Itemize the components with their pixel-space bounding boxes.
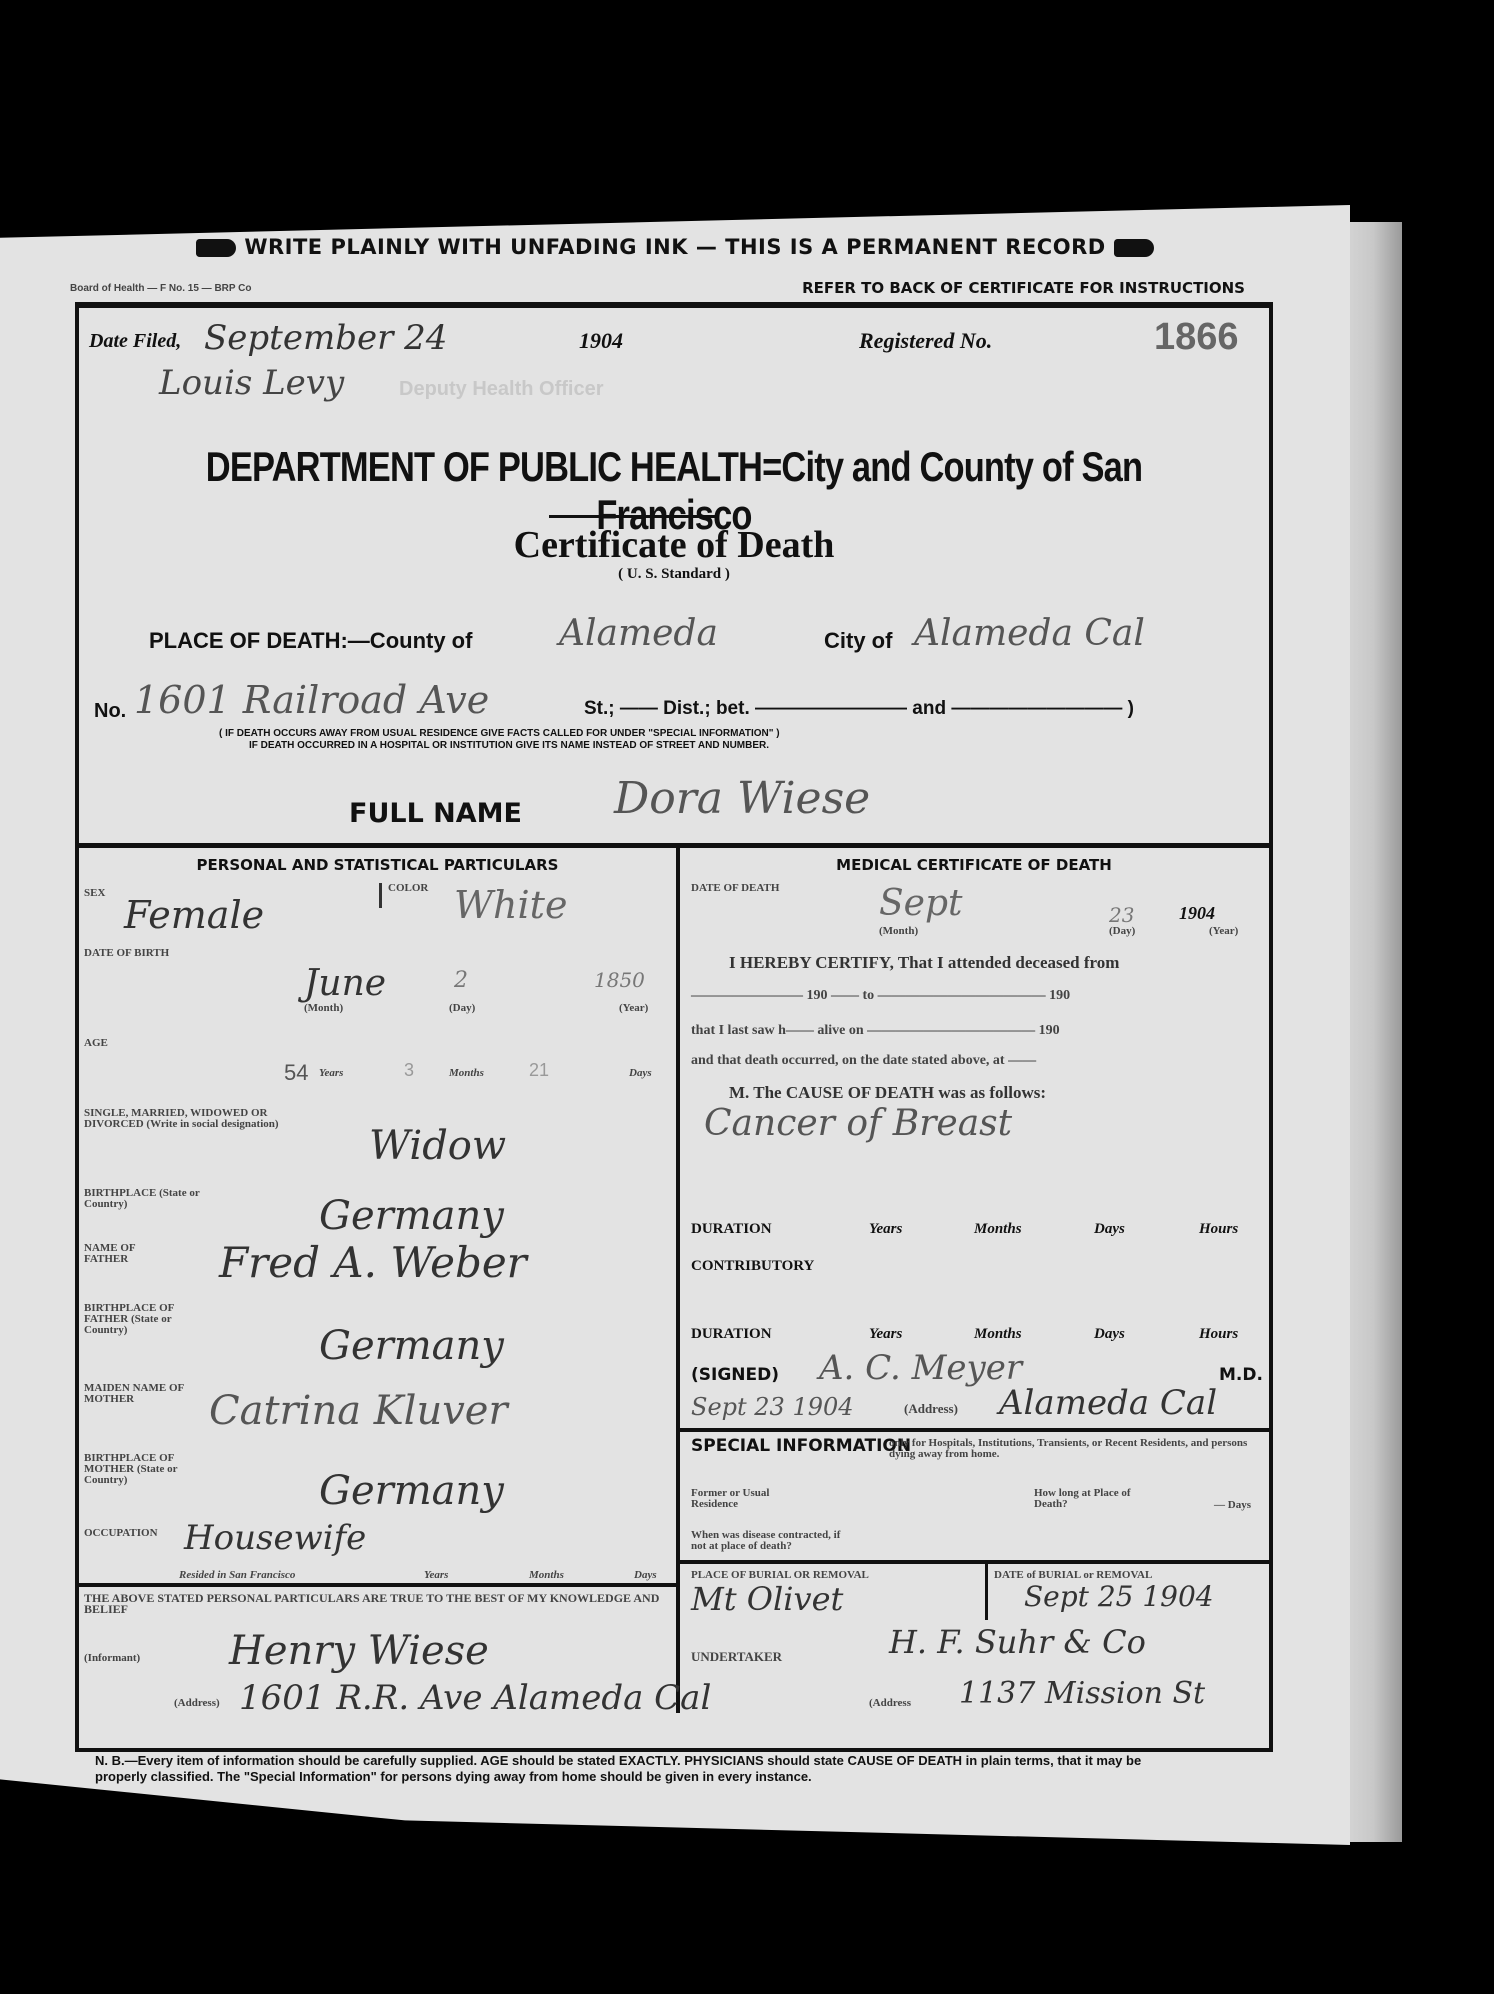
dod-month: Sept [879,883,962,924]
cause-label: M. The CAUSE OF DEATH was as follows: [729,1083,1046,1103]
attest-statement: THE ABOVE STATED PERSONAL PARTICULARS AR… [84,1593,669,1615]
certificate-title: Certificate of Death [79,523,1269,567]
pointing-hand-icon [1114,239,1154,257]
informant-label: (Informant) [84,1653,140,1664]
marital-value: Widow [369,1123,506,1169]
birthplace-label: BIRTHPLACE (State or Country) [84,1188,204,1210]
personal-heading: PERSONAL AND STATISTICAL PARTICULARS [79,856,676,874]
date-filed-year: 1904 [579,328,623,354]
registered-number: 1866 [1154,316,1239,359]
city-label: City of [824,628,892,654]
street-district-label: St.; —— Dist.; bet. ———————— and ———————… [584,698,1134,720]
city: Alameda Cal [914,613,1145,654]
pointing-hand-icon [196,239,236,257]
dob-label: DATE OF BIRTH [84,948,169,959]
mother-name: Catrina Kluver [209,1388,508,1434]
color-label: COLOR [379,883,428,908]
marital-label: SINGLE, MARRIED, WIDOWED OR DIVORCED (Wr… [84,1108,284,1130]
father-name: Fred A. Weber [219,1238,527,1287]
form-id: Board of Health — F No. 15 — BRP Co [70,283,252,294]
age-years: 54 [284,1060,308,1086]
mother-birthplace-label: BIRTHPLACE OF MOTHER (State or Country) [84,1453,194,1486]
special-info-heading: SPECIAL INFORMATION [691,1436,911,1456]
dob-month: June [304,963,386,1004]
registered-label: Registered No. [859,328,992,354]
mother-label: MAIDEN NAME OF MOTHER [84,1383,204,1405]
residence-note: ( IF DEATH OCCURS AWAY FROM USUAL RESIDE… [219,728,780,739]
physician-address: Alameda Cal [999,1383,1217,1423]
signed-label: (SIGNED) [691,1365,779,1385]
refer-instructions: REFER TO BACK OF CERTIFICATE FOR INSTRUC… [802,279,1245,297]
occupation-label: OCCUPATION [84,1528,158,1539]
contributory-label: CONTRIBUTORY [691,1258,814,1275]
physician-signature: A. C. Meyer [819,1348,1022,1388]
full-name-label: FULL NAME [349,798,522,829]
medical-heading: MEDICAL CERTIFICATE OF DEATH [679,856,1269,874]
certify-text: I HEREBY CERTIFY, That I attended deceas… [729,953,1119,973]
deputy-label: Deputy Health Officer [399,378,603,401]
dod-day: 23 [1109,903,1134,927]
sex-value: Female [124,893,264,937]
informant-address: 1601 R.R. Ave Alameda Cal [239,1678,711,1718]
county: Alameda [559,613,718,654]
death-certificate: WRITE PLAINLY WITH UNFADING INK — THIS I… [0,205,1350,1845]
hospital-note: IF DEATH OCCURRED IN A HOSPITAL OR INSTI… [249,740,769,751]
occupation-value: Housewife [184,1518,366,1558]
dod-year: 1904 [1179,903,1215,924]
father-birthplace: Germany [319,1323,504,1369]
street-address: 1601 Railroad Ave [134,678,489,722]
father-birthplace-label: BIRTHPLACE OF FATHER (State or Country) [84,1303,194,1336]
dob-year: 1850 [594,968,645,992]
certificate-frame: Date Filed, September 24 1904 Registered… [75,302,1273,1752]
birthplace-value: Germany [319,1193,504,1239]
dob-day: 2 [454,968,468,993]
no-label: No. [94,700,126,723]
burial-place: Mt Olivet [691,1580,843,1618]
mother-birthplace: Germany [319,1468,504,1514]
undertaker-name: H. F. Suhr & Co [889,1623,1146,1661]
age-months: 3 [404,1060,414,1081]
cause-of-death: Cancer of Breast [704,1103,1012,1144]
burial-date: Sept 25 1904 [1024,1580,1214,1613]
color-value: White [454,883,567,927]
father-label: NAME OF FATHER [84,1243,164,1265]
place-label: PLACE OF DEATH:—County of [149,628,472,654]
warning-banner: WRITE PLAINLY WITH UNFADING INK — THIS I… [0,235,1350,259]
dod-label: DATE OF DEATH [691,883,779,894]
duration-label: DURATION [691,1221,772,1238]
date-filed-label: Date Filed, [89,330,181,353]
signed-date: Sept 23 1904 [691,1393,854,1421]
deputy-signature: Louis Levy [159,363,344,403]
age-days: 21 [529,1060,549,1081]
standard-subtitle: ( U. S. Standard ) [79,566,1269,583]
informant-name: Henry Wiese [229,1628,489,1674]
date-filed: September 24 [204,318,447,358]
undertaker-address: 1137 Mission St [959,1676,1205,1711]
age-label: AGE [84,1038,108,1049]
sex-label: SEX [84,888,105,899]
full-name: Dora Wiese [614,773,870,824]
nota-bene: N. B.—Every item of information should b… [95,1753,1175,1785]
